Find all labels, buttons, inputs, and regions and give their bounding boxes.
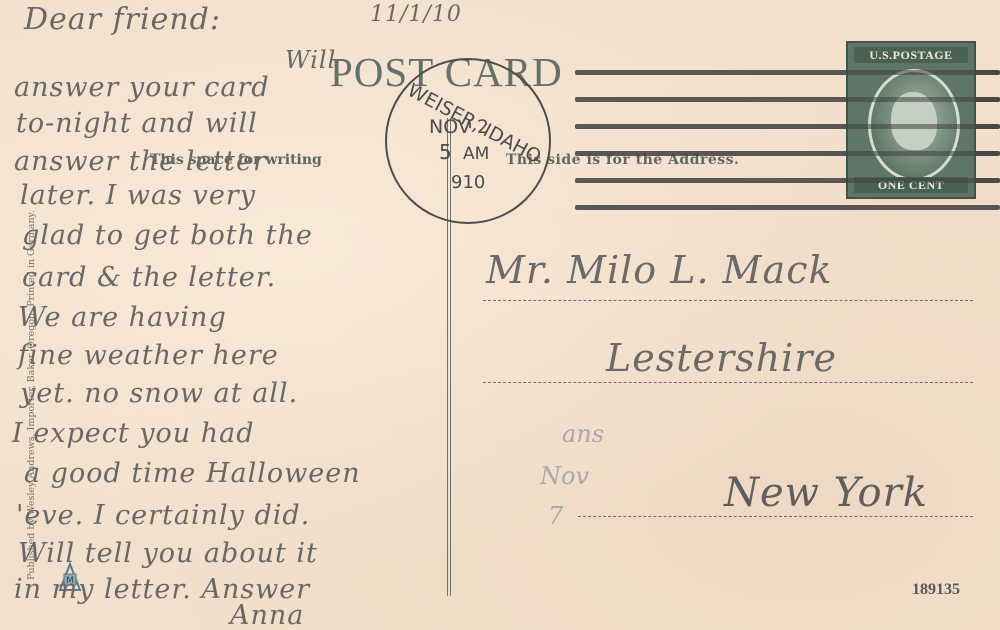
address-name: Mr. Milo L. Mack — [486, 248, 833, 292]
message-signature: Anna — [230, 600, 304, 630]
address-state: New York — [724, 470, 928, 516]
message-line: glad to get both the — [22, 220, 313, 251]
postmark-date: NOV 2 — [429, 116, 489, 138]
postage-stamp: U.S.POSTAGE ONE CENT — [846, 41, 976, 199]
message-greeting: Dear friend: — [24, 2, 221, 37]
cancellation-line — [846, 124, 1000, 129]
message-line: answer your card — [14, 72, 270, 103]
message-line: Will tell you about it — [18, 538, 318, 569]
message-line: 'eve. I certainly did. — [16, 500, 310, 531]
message-line: answer the letter — [14, 146, 267, 177]
card-number: 189135 — [912, 581, 960, 599]
message-line: I expect you had — [12, 418, 255, 449]
postmark-circle: WEISER, IDAHO NOV 2 5 AM 910 — [385, 58, 551, 224]
message-date: 11/1/10 — [370, 2, 462, 27]
message-line: yet. no snow at all. — [20, 378, 298, 409]
postcard-back: POST CARD This space for writing This si… — [0, 0, 1000, 630]
postmark-year: 910 — [451, 172, 485, 193]
message-line: to-night and will — [16, 108, 258, 139]
cancellation-line — [846, 178, 1000, 183]
cancellation-line — [846, 97, 1000, 102]
pencil-note-day: 7 — [548, 502, 563, 530]
message-line: We are having — [18, 302, 227, 333]
message-line: Will — [285, 46, 336, 74]
postmark-time: 5 — [439, 140, 452, 164]
cancellation-line — [846, 151, 1000, 156]
pencil-note-ans: ans — [562, 420, 604, 448]
postmark-ampm: AM — [463, 144, 489, 164]
message-line: card & the letter. — [22, 262, 276, 293]
stamp-top-text: U.S.POSTAGE — [854, 47, 968, 63]
address-town: Lestershire — [606, 336, 837, 380]
address-line-2 — [483, 382, 973, 383]
cancellation-line — [846, 70, 1000, 75]
message-line: later. I was very — [20, 180, 256, 211]
message-line: a good time Halloween — [24, 458, 361, 489]
pencil-note-month: Nov — [540, 462, 589, 490]
cancellation-line — [575, 205, 1000, 210]
message-line: fine weather here — [18, 340, 279, 371]
address-line-1 — [483, 300, 973, 301]
address-line-3 — [578, 516, 973, 517]
